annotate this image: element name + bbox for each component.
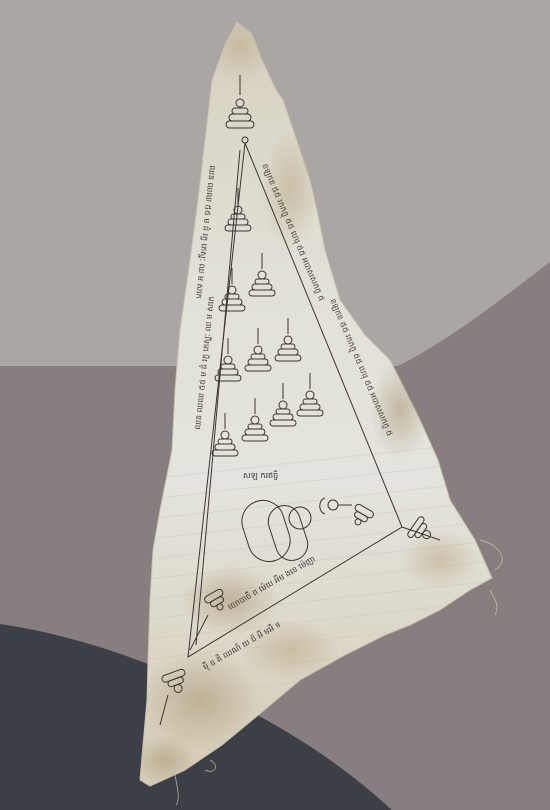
center-text: សឡ ករឥច្ចិ [243, 470, 278, 480]
photo-canvas: ឈន ឈឈ ៥៥ ម ជំ រក្ខ ភេស្ជ្ជៈ ឈ ម សកេ ឈន ឈ… [0, 0, 550, 810]
photo-scene: ឈន ឈឈ ៥៥ ម ជំ រក្ខ ភេស្ជ្ជៈ ឈ ម សកេ ឈន ឈ… [0, 0, 550, 810]
